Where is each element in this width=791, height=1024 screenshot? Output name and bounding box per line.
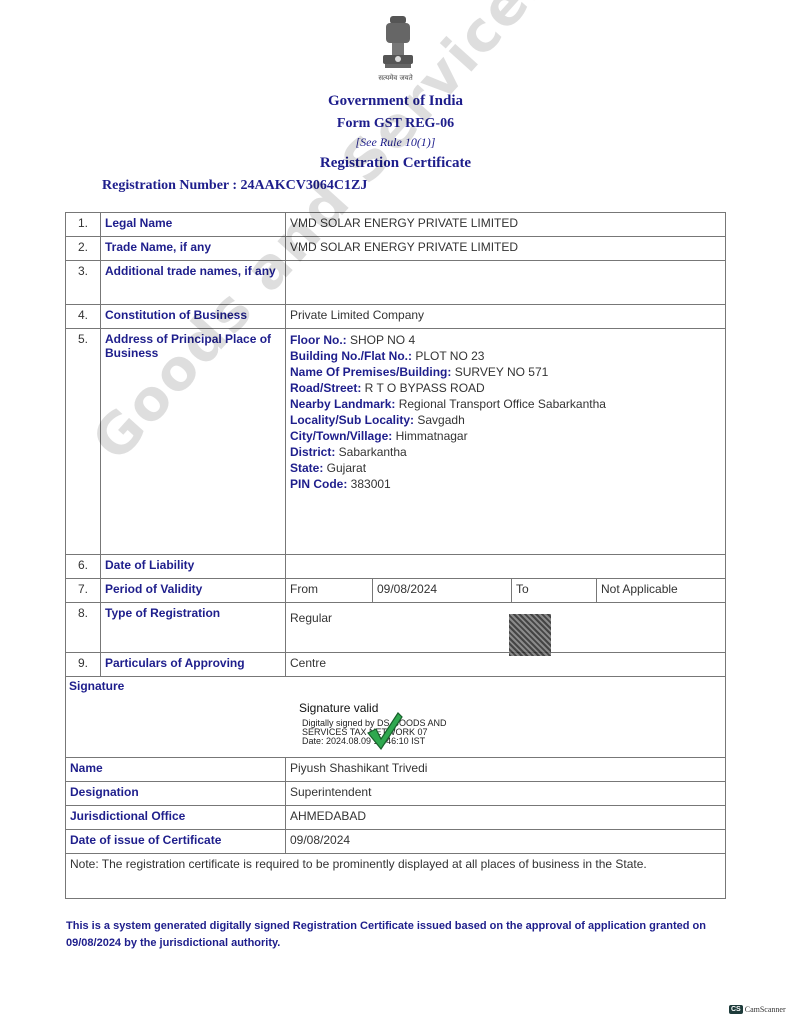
table-row: 8. Type of Registration Regular: [66, 603, 726, 653]
form-heading: Form GST REG-06: [0, 116, 791, 132]
row-label: Constitution of Business: [101, 305, 286, 329]
address-pin: PIN Code: 383001: [290, 476, 721, 492]
approving-authority-value: Centre: [286, 653, 726, 677]
registration-type-value: Regular: [286, 603, 726, 653]
issue-date-value: 09/08/2024: [286, 830, 726, 854]
jurisdictional-office-label: Jurisdictional Office: [66, 806, 286, 830]
address-premises: Name Of Premises/Building: SURVEY NO 571: [290, 364, 721, 380]
row-number: 9.: [66, 653, 101, 677]
address-road: Road/Street: R T O BYPASS ROAD: [290, 380, 721, 396]
table-row: 7. Period of Validity From 09/08/2024 To…: [66, 579, 726, 603]
address-district: District: Sabarkantha: [290, 444, 721, 460]
signature-valid-check-icon[interactable]: [364, 709, 404, 751]
additional-trade-names-value: [286, 261, 726, 305]
row-number: 3.: [66, 261, 101, 305]
table-row: 3. Additional trade names, if any: [66, 261, 726, 305]
row-label: Type of Registration: [101, 603, 286, 653]
certificate-title: Registration Certificate: [0, 155, 791, 172]
display-note: Note: The registration certificate is re…: [66, 854, 726, 899]
table-row: 4. Constitution of Business Private Limi…: [66, 305, 726, 329]
rule-reference: [See Rule 10(1)]: [0, 135, 791, 150]
date-of-liability-value: [286, 555, 726, 579]
national-emblem-icon: [368, 14, 428, 80]
address-locality: Locality/Sub Locality: Savgadh: [290, 412, 721, 428]
camscanner-label: CamScanner: [745, 1005, 786, 1014]
table-row: 6. Date of Liability: [66, 555, 726, 579]
row-number: 7.: [66, 579, 101, 603]
registration-details-table: 1. Legal Name VMD SOLAR ENERGY PRIVATE L…: [65, 212, 726, 899]
table-row: Jurisdictional Office AHMEDABAD: [66, 806, 726, 830]
row-number: 8.: [66, 603, 101, 653]
address-landmark: Nearby Landmark: Regional Transport Offi…: [290, 396, 721, 412]
address-floor: Floor No.: SHOP NO 4: [290, 332, 721, 348]
camscanner-badge: CS CamScanner: [729, 1005, 786, 1014]
row-label: Address of Principal Place of Business: [101, 329, 286, 555]
validity-from-label: From: [286, 579, 373, 603]
row-number: 5.: [66, 329, 101, 555]
signature-row: Signature Signature valid Digitally sign…: [66, 677, 726, 758]
table-row: Date of issue of Certificate 09/08/2024: [66, 830, 726, 854]
qr-code[interactable]: [509, 614, 551, 656]
address-city: City/Town/Village: Himmatnagar: [290, 428, 721, 444]
address-state: State: Gujarat: [290, 460, 721, 476]
legal-name-value: VMD SOLAR ENERGY PRIVATE LIMITED: [286, 213, 726, 237]
validity-to-label: To: [512, 579, 597, 603]
issue-date-label: Date of issue of Certificate: [66, 830, 286, 854]
row-label: Legal Name: [101, 213, 286, 237]
row-label: Particulars of Approving: [101, 653, 286, 677]
address-building: Building No./Flat No.: PLOT NO 23: [290, 348, 721, 364]
validity-to-value: Not Applicable: [597, 579, 726, 603]
table-row: Name Piyush Shashikant Trivedi: [66, 758, 726, 782]
signature-label: Signature: [69, 679, 722, 693]
row-number: 6.: [66, 555, 101, 579]
address-value: Floor No.: SHOP NO 4 Building No./Flat N…: [286, 329, 726, 555]
government-heading: Government of India: [0, 93, 791, 110]
officer-name-value: Piyush Shashikant Trivedi: [286, 758, 726, 782]
row-label: Trade Name, if any: [101, 237, 286, 261]
emblem-motto: सत्यमेव जयते: [0, 74, 791, 83]
table-row: Designation Superintendent: [66, 782, 726, 806]
trade-name-value: VMD SOLAR ENERGY PRIVATE LIMITED: [286, 237, 726, 261]
registration-number: Registration Number : 24AAKCV3064C1ZJ: [102, 178, 367, 194]
officer-name-label: Name: [66, 758, 286, 782]
constitution-value: Private Limited Company: [286, 305, 726, 329]
designation-label: Designation: [66, 782, 286, 806]
table-row: 2. Trade Name, if any VMD SOLAR ENERGY P…: [66, 237, 726, 261]
row-number: 2.: [66, 237, 101, 261]
camscanner-logo-icon: CS: [729, 1005, 743, 1014]
row-label: Additional trade names, if any: [101, 261, 286, 305]
note-row: Note: The registration certificate is re…: [66, 854, 726, 899]
validity-from-value: 09/08/2024: [373, 579, 512, 603]
row-label: Date of Liability: [101, 555, 286, 579]
table-row: 9. Particulars of Approving Centre: [66, 653, 726, 677]
jurisdictional-office-value: AHMEDABAD: [286, 806, 726, 830]
system-generated-footer: This is a system generated digitally sig…: [66, 918, 736, 952]
row-number: 1.: [66, 213, 101, 237]
designation-value: Superintendent: [286, 782, 726, 806]
row-number: 4.: [66, 305, 101, 329]
row-label: Period of Validity: [101, 579, 286, 603]
table-row: 1. Legal Name VMD SOLAR ENERGY PRIVATE L…: [66, 213, 726, 237]
table-row: 5. Address of Principal Place of Busines…: [66, 329, 726, 555]
